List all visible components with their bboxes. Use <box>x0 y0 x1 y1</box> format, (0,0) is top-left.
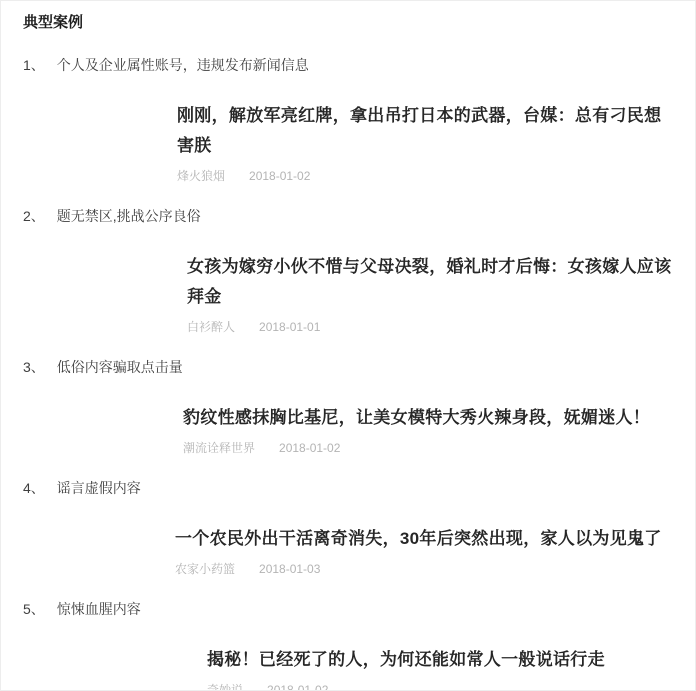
news-headline: 一个农民外出干活离奇消失，30年后突然出现，家人以为见鬼了 <box>175 524 673 554</box>
news-source: 农家小药篮 <box>175 562 235 576</box>
case-section: 2、题无禁区,挑战公序良俗 女孩为嫁穷小伙不惜与父母决裂，婚礼时才后悔：女孩嫁人… <box>23 206 673 335</box>
case-heading: 2、题无禁区,挑战公序良俗 <box>23 206 673 226</box>
case-label: 谣言虚假内容 <box>57 480 141 496</box>
news-meta: 白衫醉人2018-01-01 <box>187 319 673 335</box>
news-card-screenshot: 一个农民外出干活离奇消失，30年后突然出现，家人以为见鬼了 农家小药篮2018-… <box>175 524 673 577</box>
page-title: 典型案例 <box>23 13 673 33</box>
case-label: 个人及企业属性账号，违规发布新闻信息 <box>57 57 309 73</box>
news-headline: 刚刚，解放军亮红牌，拿出吊打日本的武器，台媒：总有刁民想害朕 <box>177 101 673 161</box>
case-heading: 3、低俗内容骗取点击量 <box>23 357 673 377</box>
case-number: 1、 <box>23 55 45 75</box>
case-heading: 1、个人及企业属性账号，违规发布新闻信息 <box>23 55 673 75</box>
case-label: 低俗内容骗取点击量 <box>57 359 183 375</box>
news-date: 2018-01-02 <box>279 441 340 455</box>
case-section: 4、谣言虚假内容 一个农民外出干活离奇消失，30年后突然出现，家人以为见鬼了 农… <box>23 478 673 577</box>
news-card-screenshot: 揭秘！已经死了的人，为何还能如常人一般说话行走 奇妙说2018-01-02 <box>207 645 673 691</box>
news-source: 白衫醉人 <box>187 320 235 334</box>
article-page: 典型案例 1、个人及企业属性账号，违规发布新闻信息 刚刚，解放军亮红牌，拿出吊打… <box>0 0 696 691</box>
news-card-screenshot: 刚刚，解放军亮红牌，拿出吊打日本的武器，台媒：总有刁民想害朕 烽火狼烟2018-… <box>177 101 673 184</box>
case-label: 惊悚血腥内容 <box>57 601 141 617</box>
case-section: 3、低俗内容骗取点击量 豹纹性感抹胸比基尼，让美女模特大秀火辣身段，妩媚迷人！ … <box>23 357 673 456</box>
case-list: 1、个人及企业属性账号，违规发布新闻信息 刚刚，解放军亮红牌，拿出吊打日本的武器… <box>23 55 673 691</box>
case-number: 5、 <box>23 599 45 619</box>
case-section: 5、惊悚血腥内容 揭秘！已经死了的人，为何还能如常人一般说话行走 奇妙说2018… <box>23 599 673 691</box>
news-meta: 奇妙说2018-01-02 <box>207 682 673 691</box>
news-source: 奇妙说 <box>207 683 243 691</box>
news-meta: 烽火狼烟2018-01-02 <box>177 168 673 184</box>
case-number: 3、 <box>23 357 45 377</box>
news-date: 2018-01-01 <box>259 320 320 334</box>
case-number: 4、 <box>23 478 45 498</box>
case-number: 2、 <box>23 206 45 226</box>
news-meta: 农家小药篮2018-01-03 <box>175 561 673 577</box>
case-section: 1、个人及企业属性账号，违规发布新闻信息 刚刚，解放军亮红牌，拿出吊打日本的武器… <box>23 55 673 184</box>
news-card-screenshot: 女孩为嫁穷小伙不惜与父母决裂，婚礼时才后悔：女孩嫁人应该拜金 白衫醉人2018-… <box>187 252 673 335</box>
news-date: 2018-01-03 <box>259 562 320 576</box>
news-meta: 潮流诠释世界2018-01-02 <box>183 440 673 456</box>
case-heading: 5、惊悚血腥内容 <box>23 599 673 619</box>
news-source: 烽火狼烟 <box>177 169 225 183</box>
news-date: 2018-01-02 <box>249 169 310 183</box>
news-headline: 女孩为嫁穷小伙不惜与父母决裂，婚礼时才后悔：女孩嫁人应该拜金 <box>187 252 673 312</box>
news-date: 2018-01-02 <box>267 683 328 691</box>
news-card-screenshot: 豹纹性感抹胸比基尼，让美女模特大秀火辣身段，妩媚迷人！ 潮流诠释世界2018-0… <box>183 403 673 456</box>
news-source: 潮流诠释世界 <box>183 441 255 455</box>
case-label: 题无禁区,挑战公序良俗 <box>57 208 201 224</box>
news-headline: 揭秘！已经死了的人，为何还能如常人一般说话行走 <box>207 645 673 675</box>
news-headline: 豹纹性感抹胸比基尼，让美女模特大秀火辣身段，妩媚迷人！ <box>183 403 673 433</box>
case-heading: 4、谣言虚假内容 <box>23 478 673 498</box>
